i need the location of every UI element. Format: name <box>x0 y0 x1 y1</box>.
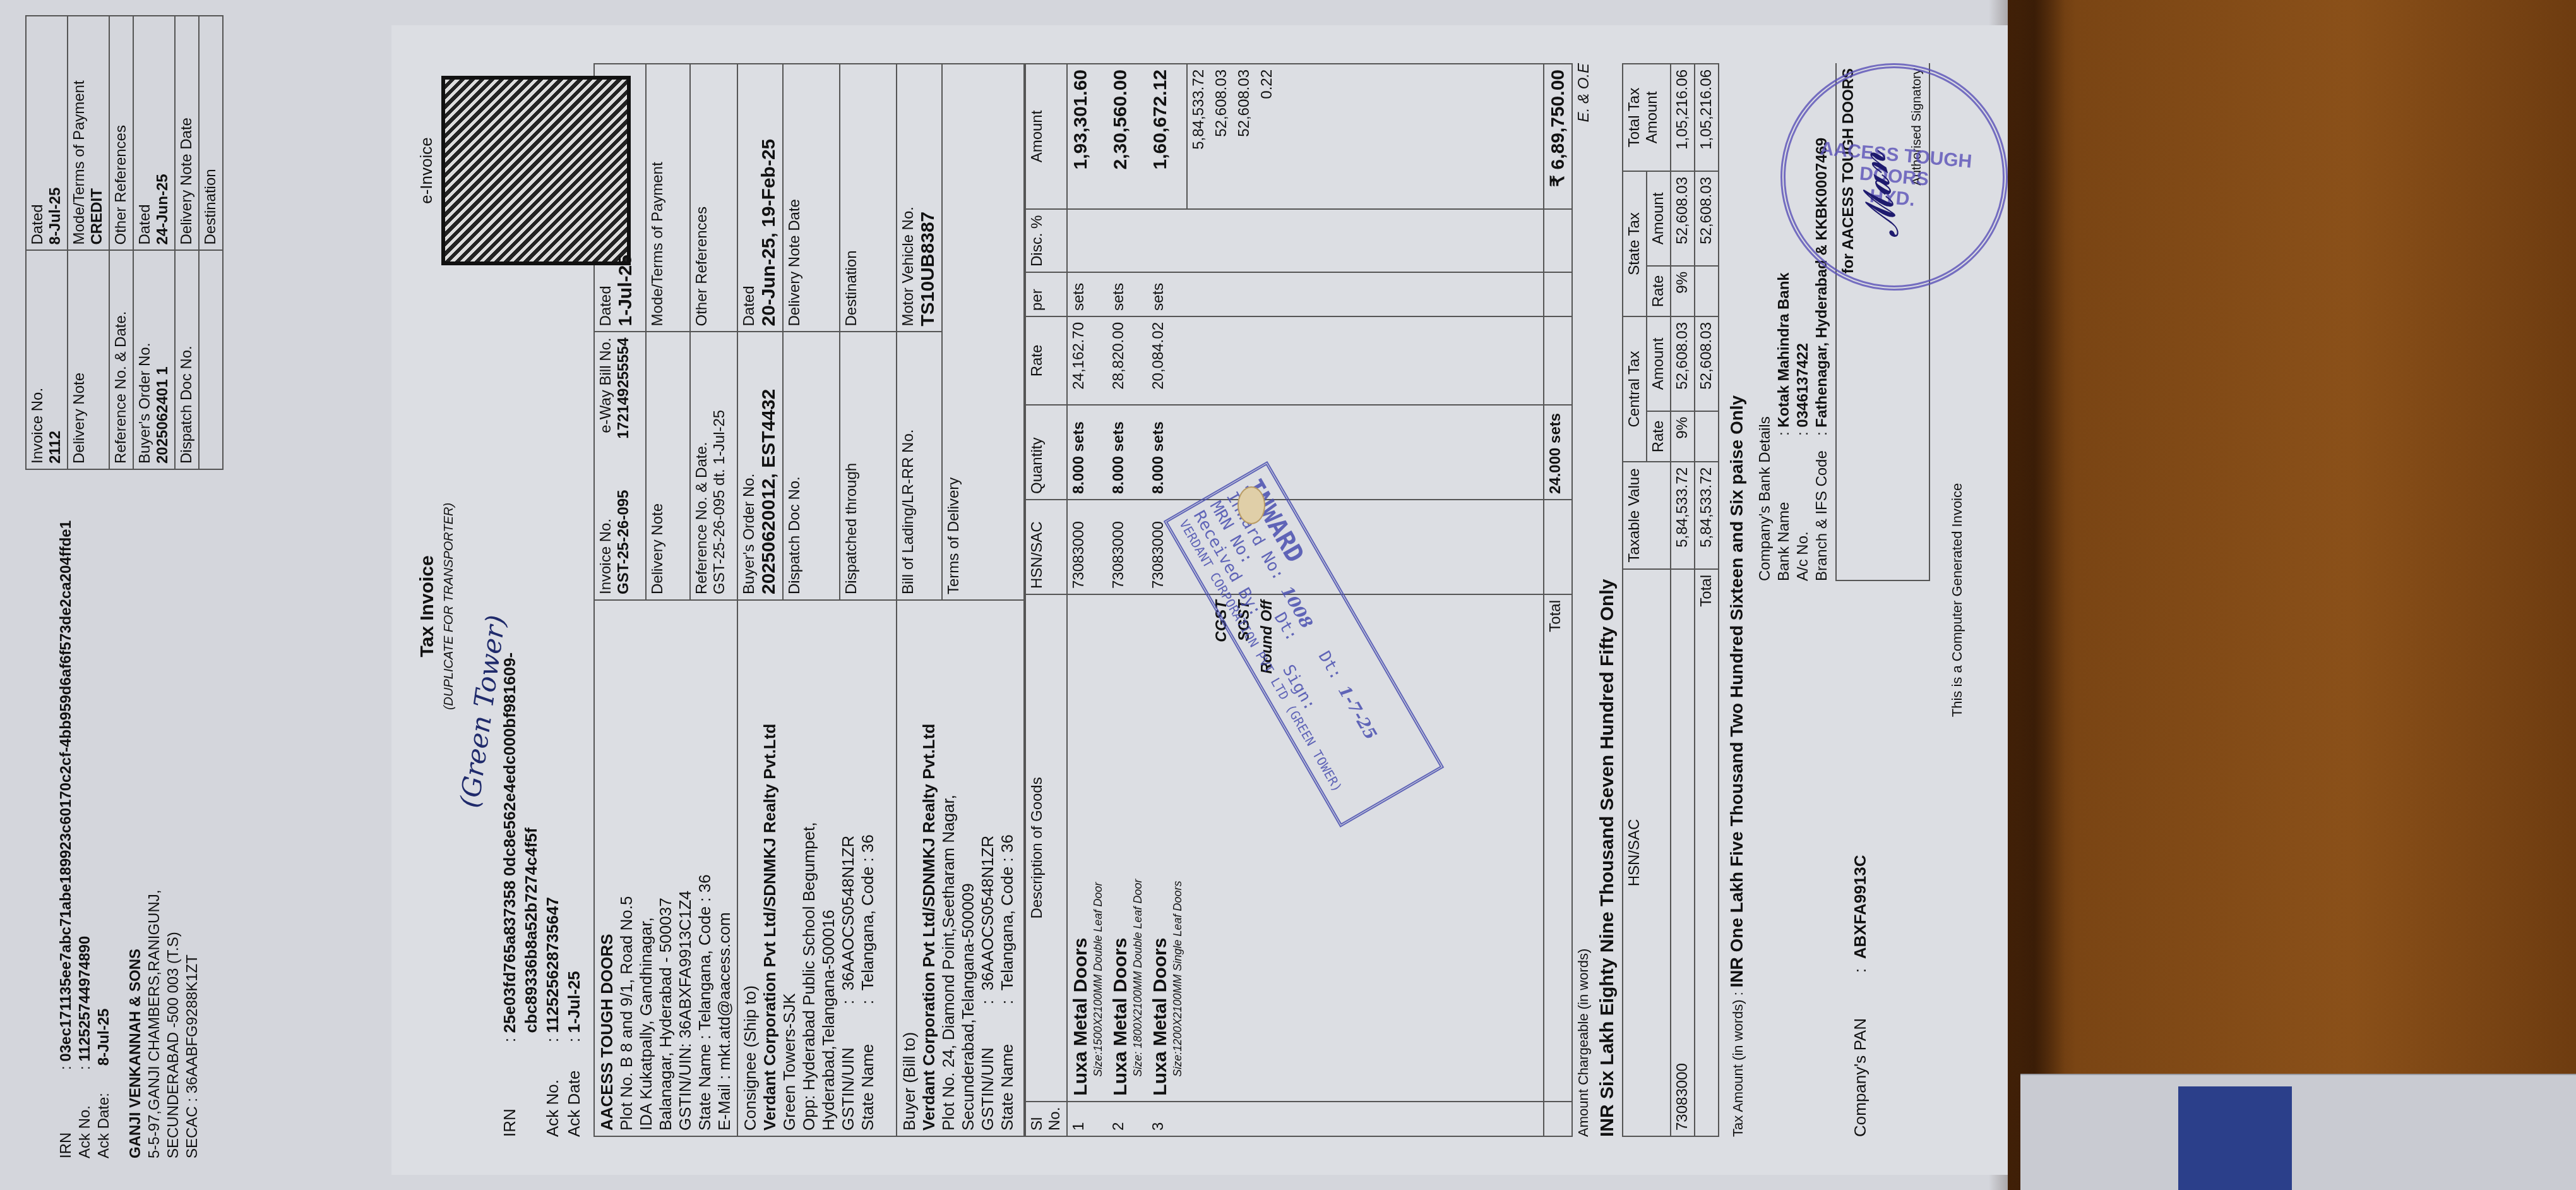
item-qty: 8.000 sets <box>1147 405 1187 500</box>
seller-line: GSTIN/UIN: 36ABXFA9913C1Z4 <box>676 606 695 1131</box>
bg-seller-line: SECUNDERABAD -500 003 (T.S) <box>164 520 183 1158</box>
meta-label: e-Way Bill No. <box>597 338 615 433</box>
total-qty: 24.000 sets <box>1544 405 1572 500</box>
state-label: State Name <box>998 1004 1017 1131</box>
buyer-state: Telangana, Code : 36 <box>998 834 1017 990</box>
item-amount: 1,60,672.12 <box>1147 64 1187 209</box>
bg-ack-date-value: 8-Jul-25 <box>95 1009 112 1066</box>
bg-field-value: 24-Jun-25 <box>154 174 171 244</box>
total-label: Total <box>1544 594 1572 1102</box>
tax-total: 1,05,216.06 <box>1671 64 1695 171</box>
tax-line-amount: 0.22 <box>1256 64 1279 209</box>
buyer-block: Buyer (Bill to) Verdant Corporation Pvt … <box>897 600 1024 1136</box>
tax-total-s-amount: 52,608.03 <box>1695 171 1719 266</box>
seller-block: AACESS TOUGH DOORS Plot No. B 8 and 9/1,… <box>594 600 737 1136</box>
bg-field-label: Destination <box>199 16 223 250</box>
tax-line-amount: 52,608.03 <box>1233 64 1256 209</box>
item-rate: 24,162.70 <box>1067 316 1107 405</box>
seller-line: Balanagar, Hyderabad - 500037 <box>656 606 676 1131</box>
tax-col-state: State Tax <box>1623 171 1647 316</box>
item-qty: 8.000 sets <box>1067 405 1107 500</box>
item-rate: 28,820.00 <box>1107 316 1147 405</box>
tax-in-words: INR One Lakh Five Thousand Two Hundred S… <box>1727 395 1746 988</box>
tax-line-amount: 52,608.03 <box>1210 64 1233 209</box>
einvoice-label: e-Invoice <box>417 76 436 265</box>
item-disc <box>1067 209 1107 272</box>
item-row: 3Luxa Metal DoorsSize:1200X2100MM Single… <box>1147 64 1187 1136</box>
item-name: Luxa Metal Doors <box>1150 600 1171 1096</box>
bg-field-label: Reference No. & Date. <box>109 250 133 469</box>
buyer-line: Plot No. 24, Diamond Point,Seetharam Nag… <box>939 606 958 1131</box>
gstin-label: GSTIN/UIN <box>838 1004 858 1131</box>
item-desc: Luxa Metal DoorsSize:1500X2100MM Double … <box>1067 594 1107 1102</box>
meta-label: Reference No. & Date. <box>693 338 711 595</box>
bg-ack-no-value: 112525744974890 <box>76 936 93 1062</box>
bg-field-value: CREDIT <box>88 188 105 244</box>
tax-s-rate: 9% <box>1671 266 1695 316</box>
invoice-title: Tax Invoice <box>417 265 438 947</box>
bg-field-label: Mode/Terms of Payment <box>71 80 88 244</box>
item-hsn: 73083000 <box>1107 500 1147 594</box>
seller-line: E-Mail : mkt.atd@aacess.com <box>715 606 734 1131</box>
col-qty: Quantity <box>1025 405 1067 500</box>
tax-c-amount: 52,608.03 <box>1671 316 1695 411</box>
meta-label: Dispatched through <box>840 332 897 601</box>
wooden-desk <box>2008 0 2576 1190</box>
consignee-name: Verdant Corporation Pvt Ltd/SDNMKJ Realt… <box>760 606 780 1131</box>
consignee-state: Telangana, Code : 36 <box>858 834 877 990</box>
tax-col-rate: Rate <box>1647 411 1671 462</box>
tax-col-amount: Amount <box>1647 316 1671 411</box>
item-per: sets <box>1147 272 1187 316</box>
tax-words-label: Tax Amount (in words) : <box>1730 992 1746 1137</box>
item-sl: 3 <box>1147 1102 1187 1136</box>
bg-seller-line: SECAC : 36AABFG9288K1ZT <box>183 520 202 1158</box>
amount-words-label: Amount Chargeable (in words) <box>1575 949 1593 1137</box>
seller-line: Plot No. B 8 and 9/1, Road No.5 <box>617 606 636 1131</box>
qr-code-icon <box>441 76 631 265</box>
item-size: Size:1200X2100MM Single Leaf Doors <box>1171 600 1184 1096</box>
meta-label: Destination <box>840 64 897 332</box>
consignee-gstin: 36AAOCS0548N1ZR <box>838 836 857 991</box>
meta-label: Delivery Note <box>646 332 690 601</box>
col-amount: Amount <box>1025 64 1067 209</box>
invoice-content: Tax Invoice (DUPLICATE FOR TRANSPORTER) … <box>417 63 1965 1137</box>
buyer-name: Verdant Corporation Pvt Ltd/SDNMKJ Realt… <box>919 606 939 1131</box>
tax-hsn: 73083000 <box>1671 569 1695 1136</box>
pan-value: ABXFA9913C <box>1851 855 1869 959</box>
ack-no-value: 112525628735647 <box>543 897 562 1033</box>
tax-taxable: 5,84,533.72 <box>1671 462 1695 569</box>
ifsc-label: Branch & IFS Code <box>1813 436 1832 581</box>
vehicle-no-value: TS10UB8387 <box>917 69 939 327</box>
item-amount: 1,93,301.60 <box>1067 64 1107 209</box>
acct-label: A/c No. <box>1794 436 1813 581</box>
col-sl: Sl No. <box>1025 1102 1067 1136</box>
meta-label: Dated <box>741 69 758 327</box>
state-label: State Name <box>858 1004 878 1131</box>
pushpin-icon <box>1237 486 1265 524</box>
buyer-order-value: 20250620012, EST4432 <box>758 338 780 595</box>
meta-label: Delivery Note Date <box>783 64 840 332</box>
seller-name: AACESS TOUGH DOORS <box>597 606 617 1131</box>
consignee-line: Opp: Hyderabad Public School Begumpet, <box>799 606 819 1131</box>
consignee-line: Hyderabad,Telangana-500016 <box>819 606 838 1131</box>
tax-total-amount: 1,05,216.06 <box>1695 64 1719 171</box>
bg-field-label: Invoice No. <box>29 388 46 464</box>
consignee-heading: Consignee (Ship to) <box>741 606 760 1131</box>
total-row: Total 24.000 sets ₹ 6,89,750.00 <box>1544 64 1572 1136</box>
copy-type: (DUPLICATE FOR TRANSPORTER) <box>442 265 456 947</box>
bg-field-value: 2112 <box>47 431 64 464</box>
grand-total: ₹ 6,89,750.00 <box>1544 64 1572 209</box>
tax-c-rate: 9% <box>1671 411 1695 462</box>
seller-line: IDA Kukatpally, Gandhinagar, <box>636 606 656 1131</box>
irn-block: IRN: 25e03fd765a837358 0dc8e562e4edc000b… <box>499 379 585 1137</box>
gstin-label: GSTIN/UIN <box>978 1004 998 1131</box>
item-name: Luxa Metal Doors <box>1070 600 1092 1096</box>
ack-date-value: 1-Jul-25 <box>564 971 583 1033</box>
bank-heading: Company's Bank Details <box>1756 63 1775 581</box>
subtotal-value: 5,84,533.72 <box>1187 64 1210 209</box>
tax-total-c-amount: 52,608.03 <box>1695 316 1719 411</box>
bg-ack-no-label: Ack No. <box>76 1070 95 1158</box>
irn-value: 25e03fd765a837358 0dc8e562e4edc000bf9816… <box>500 652 519 1033</box>
tax-line-label: CGST <box>1210 594 1233 1102</box>
meta-label: Mode/Terms of Payment <box>646 64 690 332</box>
bg-field-label: Dated <box>29 204 46 244</box>
meta-label: Other References <box>690 64 737 332</box>
tax-total-taxable: 5,84,533.72 <box>1695 462 1719 569</box>
tax-total-label: Total <box>1695 569 1719 1136</box>
irn-value-cont: cbc89336b8a52b7274c4f5f <box>522 827 540 1033</box>
invoice-sheet: Tax Invoice (DUPLICATE FOR TRANSPORTER) … <box>391 25 2008 1175</box>
bank-name: Kotak Mahindra Bank <box>1775 272 1792 427</box>
bg-field-label: Buyer's Order No. <box>136 343 153 464</box>
tax-s-amount: 52,608.03 <box>1671 171 1695 266</box>
consignee-line: Green Towers-SJK <box>780 606 799 1131</box>
party-meta-table: AACESS TOUGH DOORS Plot No. B 8 and 9/1,… <box>593 63 1025 1137</box>
ack-date-label: Ack Date <box>563 1042 585 1137</box>
bg-irn-label: IRN <box>57 1070 76 1158</box>
tax-col-amount: Amount <box>1647 171 1671 266</box>
seller-line: State Name : Telangana, Code : 36 <box>695 606 715 1131</box>
bg-field-label: Delivery Note Date <box>175 16 199 250</box>
col-disc: Disc. % <box>1025 209 1067 272</box>
tax-col-total: Total Tax Amount <box>1623 64 1671 171</box>
item-rate: 20,084.02 <box>1147 316 1187 405</box>
tax-col-taxable: Taxable Value <box>1623 462 1671 569</box>
bg-field-label: Delivery Note <box>68 250 109 469</box>
meta-label: Bill of Lading/LR-RR No. <box>897 332 942 601</box>
bg-meta-table: Invoice No.2112Dated8-Jul-25 Delivery No… <box>25 15 224 470</box>
pan-label: Company's PAN <box>1851 973 1870 1137</box>
amount-in-words: INR Six Lakh Eighty Nine Thousand Seven … <box>1597 63 1618 1137</box>
reference-value: GST-25-26-095 dt. 1-Jul-25 <box>711 338 729 595</box>
col-per: per <box>1025 272 1067 316</box>
meta-label: Motor Vehicle No. <box>900 69 917 327</box>
col-hsn: HSN/SAC <box>1025 500 1067 594</box>
item-row: 1Luxa Metal DoorsSize:1500X2100MM Double… <box>1067 64 1107 1136</box>
meta-label: Invoice No. <box>597 519 615 594</box>
item-size: Size:1500X2100MM Double Leaf Door <box>1092 600 1105 1096</box>
bg-field-label: Dated <box>136 204 153 244</box>
item-desc: Luxa Metal DoorsSize:1200X2100MM Single … <box>1147 594 1187 1102</box>
paper-stack <box>2020 1074 2576 1190</box>
tax-summary-table: HSN/SAC Taxable Value Central Tax State … <box>1622 63 1719 1137</box>
item-disc <box>1107 209 1147 272</box>
tax-summary-total-row: Total 5,84,533.72 52,608.03 52,608.03 1,… <box>1695 64 1719 1136</box>
item-name: Luxa Metal Doors <box>1110 600 1131 1096</box>
item-row: 2Luxa Metal DoorsSize: 1800X2100MM Doubl… <box>1107 64 1147 1136</box>
eoe-label: E. & O.E <box>1575 63 1593 122</box>
bg-field-value: 2025062401 1 <box>154 367 171 464</box>
buyer-line: Secunderabad,Telangana-500009 <box>958 606 978 1131</box>
subtotal-row: 5,84,533.72 <box>1187 64 1210 1136</box>
bg-field-label: Dispatch Doc No. <box>175 250 199 469</box>
buyer-heading: Buyer (Bill to) <box>900 606 919 1131</box>
tax-col-rate: Rate <box>1647 266 1671 316</box>
item-disc <box>1147 209 1187 272</box>
meta-label: Terms of Delivery <box>942 64 1024 600</box>
ack-no-label: Ack No. <box>542 1042 563 1137</box>
item-amount: 2,30,560.00 <box>1107 64 1147 209</box>
bg-seller-name: GANJI VENKANNAH & SONS <box>126 520 145 1158</box>
eway-bill-value: 172149255554 <box>615 338 633 439</box>
tax-col-hsn: HSN/SAC <box>1623 569 1671 1136</box>
col-rate: Rate <box>1025 316 1067 405</box>
consignee-block: Consignee (Ship to) Verdant Corporation … <box>737 600 897 1136</box>
irn-label: IRN <box>499 1042 520 1137</box>
item-hsn: 73083000 <box>1067 500 1107 594</box>
bg-field-label: Other References <box>109 16 133 250</box>
item-per: sets <box>1067 272 1107 316</box>
item-size: Size: 1800X2100MM Double Leaf Door <box>1131 600 1145 1096</box>
bg-seller-line: 5-5-97,GANJI CHAMBERS,RANIGUNJ, <box>145 520 164 1158</box>
meta-label: Buyer's Order No. <box>741 338 758 595</box>
buyer-gstin: 36AAOCS0548N1ZR <box>978 836 997 991</box>
col-desc: Description of Goods <box>1025 594 1067 1102</box>
meta-label: Dispatch Doc No. <box>783 332 840 601</box>
item-qty: 8.000 sets <box>1107 405 1147 500</box>
background-invoice-copy: IRN: 03ec171135ee7abc71abe189923c60170c2… <box>0 0 379 1190</box>
tax-col-central: Central Tax <box>1623 316 1647 462</box>
blue-folder <box>2178 1086 2292 1190</box>
invoice-no-value: GST-25-26-095 <box>615 490 633 594</box>
invoice-header: Tax Invoice (DUPLICATE FOR TRANSPORTER) … <box>417 63 511 1137</box>
item-sl: 1 <box>1067 1102 1107 1136</box>
acct-no: 0346137422 <box>1794 343 1811 427</box>
bg-irn-value: 03ec171135ee7abc71abe189923c60170c2cf-4b… <box>57 520 75 1062</box>
item-per: sets <box>1107 272 1147 316</box>
bg-field-value: 8-Jul-25 <box>47 188 64 245</box>
bank-name-label: Bank Name <box>1775 436 1794 581</box>
item-sl: 2 <box>1107 1102 1147 1136</box>
item-desc: Luxa Metal DoorsSize: 1800X2100MM Double… <box>1107 594 1147 1102</box>
tax-summary-row: 73083000 5,84,533.72 9% 52,608.03 9% 52,… <box>1671 64 1695 1136</box>
buyer-order-date: 20-Jun-25, 19-Feb-25 <box>758 69 780 327</box>
bg-ack-date-label: Ack Date: <box>95 1070 114 1158</box>
